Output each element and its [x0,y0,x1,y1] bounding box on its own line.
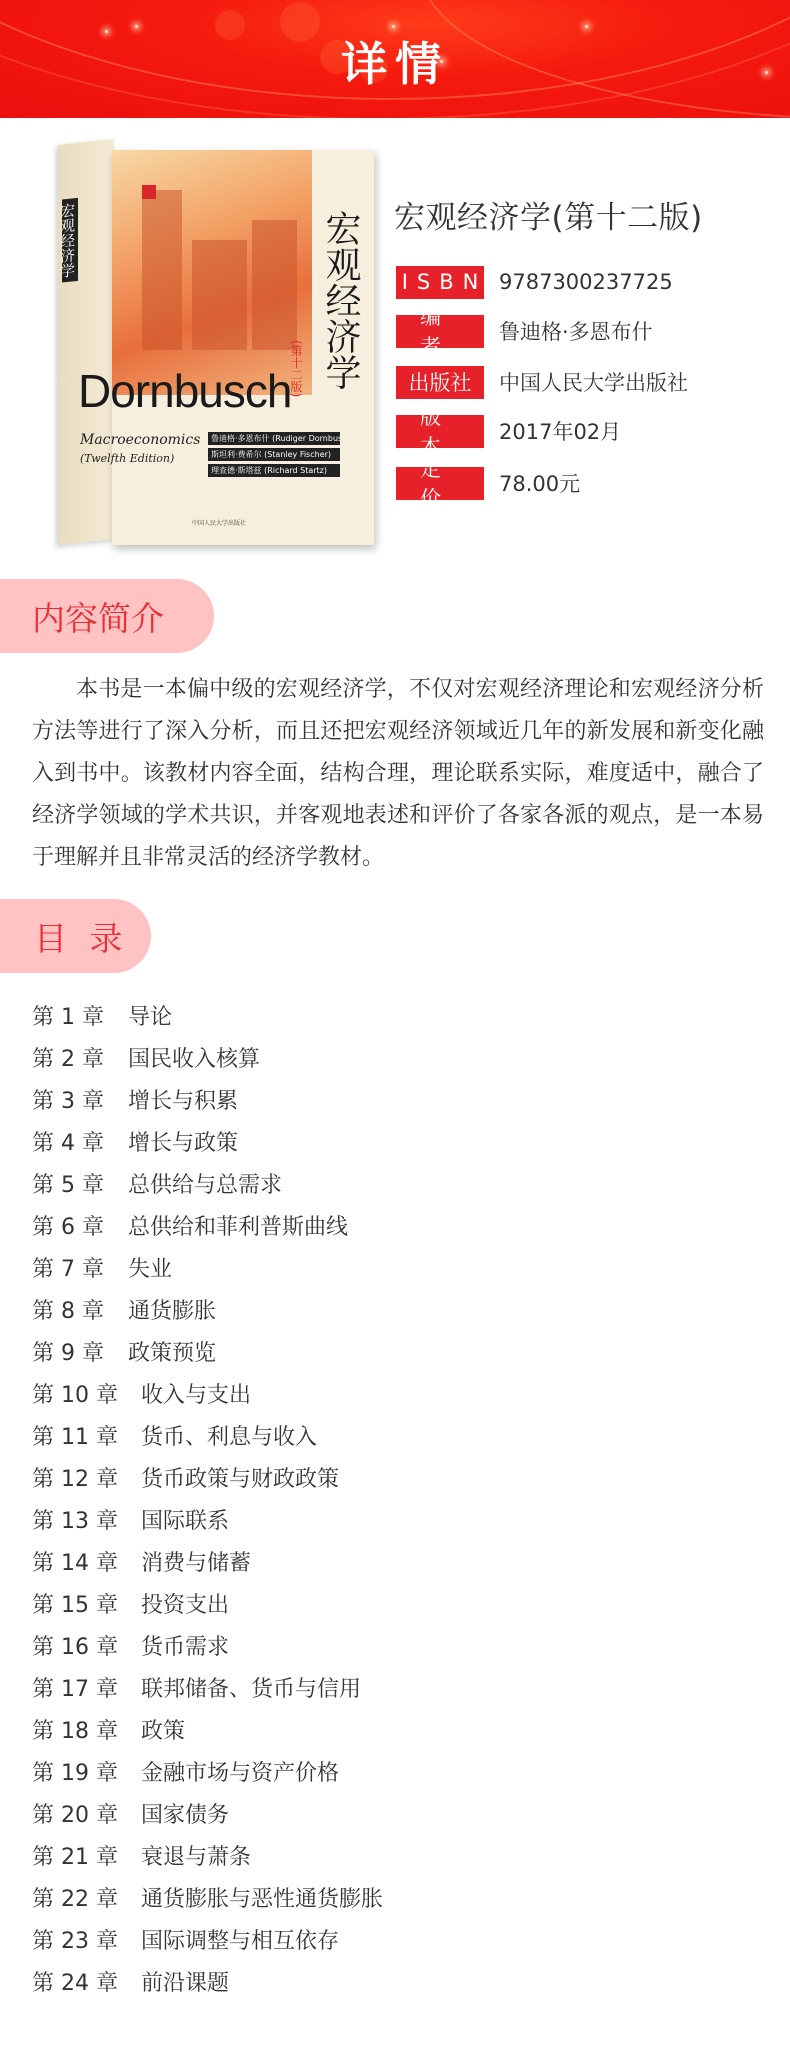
toc-item: 第 11 章货币、利息与收入 [32,1414,383,1456]
cover-english-edition: (Twelfth Edition) [80,452,174,465]
toc-item: 第 13 章国际联系 [32,1498,383,1540]
chapter-number: 第 14 章 [32,1546,141,1577]
table-of-contents: 第 1 章导论 第 2 章国民收入核算 第 3 章增长与积累 第 4 章增长与政… [32,994,383,2002]
chapter-number: 第 23 章 [32,1924,141,1955]
price-value: 78.00元 [499,468,580,498]
toc-item: 第 9 章政策预览 [32,1330,383,1372]
chapter-number: 第 1 章 [32,1000,128,1031]
toc-item: 第 21 章衰退与萧条 [32,1834,383,1876]
chapter-number: 第 12 章 [32,1462,141,1493]
chapter-number: 第 18 章 [32,1714,141,1745]
chapter-title: 失业 [128,1252,172,1283]
chapter-number: 第 11 章 [32,1420,141,1451]
chapter-title: 衰退与萧条 [141,1840,251,1871]
price-label: 定价 [396,467,484,500]
toc-item: 第 3 章增长与积累 [32,1078,383,1120]
toc-item: 第 2 章国民收入核算 [32,1036,383,1078]
edition-value: 2017年02月 [499,416,621,446]
cover-author: 鲁迪格·多恩布什 (Rudiger Dornbusch) [208,432,340,445]
chapter-title: 金融市场与资产价格 [141,1756,339,1787]
chapter-title: 总供给和菲利普斯曲线 [128,1210,348,1241]
isbn-value: 9787300237725 [499,270,673,294]
editor-label: 编者 [396,315,484,348]
chapter-number: 第 22 章 [32,1882,141,1913]
info-row-publisher: 出版社 中国人民大学出版社 [396,365,688,399]
chapter-number: 第 10 章 [32,1378,141,1409]
chapter-title: 收入与支出 [141,1378,251,1409]
chapter-number: 第 4 章 [32,1126,128,1157]
chapter-title: 政策预览 [128,1336,216,1367]
chapter-title: 通货膨胀与恶性通货膨胀 [141,1882,383,1913]
intro-heading: 内容简介 [32,593,164,640]
toc-item: 第 5 章总供给与总需求 [32,1162,383,1204]
toc-item: 第 15 章投资支出 [32,1582,383,1624]
book-spine: 宏观经济学 [58,139,114,545]
chapter-title: 增长与积累 [128,1084,238,1115]
cover-english-title: Macroeconomics [80,432,200,448]
cover-author: 斯坦利·费希尔 (Stanley Fischer) [208,448,340,461]
info-row-editor: 编者 鲁迪格·多恩布什 [396,314,653,348]
chapter-title: 国家债务 [141,1798,229,1829]
cover-title: 宏观经济学 [320,210,360,390]
chapter-title: 货币政策与财政政策 [141,1462,339,1493]
publisher-value: 中国人民大学出版社 [499,367,688,397]
chapter-title: 总供给与总需求 [128,1168,282,1199]
toc-item: 第 18 章政策 [32,1708,383,1750]
chapter-number: 第 20 章 [32,1798,141,1829]
toc-item: 第 20 章国家债务 [32,1792,383,1834]
toc-item: 第 6 章总供给和菲利普斯曲线 [32,1204,383,1246]
chapter-title: 国际联系 [141,1504,229,1535]
publisher-label: 出版社 [396,366,484,399]
chapter-number: 第 21 章 [32,1840,141,1871]
cover-publisher: 中国人民大学出版社 [192,518,246,527]
toc-item: 第 23 章国际调整与相互依存 [32,1918,383,1960]
toc-heading: 目 录 [34,913,129,960]
toc-item: 第 19 章金融市场与资产价格 [32,1750,383,1792]
chapter-title: 政策 [141,1714,185,1745]
chapter-title: 消费与储蓄 [141,1546,251,1577]
toc-item: 第 7 章失业 [32,1246,383,1288]
toc-item: 第 16 章货币需求 [32,1624,383,1666]
edition-label: 版本 [396,415,484,448]
section-header-intro: 内容简介 [0,579,214,653]
book-cover-image: 宏观经济学 宏观经济学 (第十二版) 鲁迪格·多恩布什 (Rudiger Dor… [18,132,358,550]
chapter-title: 国民收入核算 [128,1042,260,1073]
intro-text: 本书是一本偏中级的宏观经济学，不仅对宏观经济理论和宏观经济分析方法等进行了深入分… [32,669,764,879]
chapter-title: 增长与政策 [128,1126,238,1157]
toc-item: 第 24 章前沿课题 [32,1960,383,2002]
toc-item: 第 14 章消费与储蓄 [32,1540,383,1582]
page-title: 详情 [0,28,790,94]
toc-item: 第 22 章通货膨胀与恶性通货膨胀 [32,1876,383,1918]
info-row-isbn: ISBN 9787300237725 [396,265,673,299]
toc-item: 第 4 章增长与政策 [32,1120,383,1162]
chapter-title: 导论 [128,1000,172,1031]
publisher-logo-icon [142,185,156,199]
chapter-number: 第 13 章 [32,1504,141,1535]
chapter-number: 第 24 章 [32,1966,141,1997]
header-banner: 详情 [0,0,790,118]
toc-item: 第 12 章货币政策与财政政策 [32,1456,383,1498]
cover-author-brand: Dornbusch [78,364,291,418]
cover-authors: 鲁迪格·多恩布什 (Rudiger Dornbusch) 斯坦利·费希尔 (St… [208,432,340,480]
chapter-title: 投资支出 [141,1588,229,1619]
chapter-number: 第 8 章 [32,1294,128,1325]
chapter-number: 第 7 章 [32,1252,128,1283]
chapter-number: 第 16 章 [32,1630,141,1661]
chapter-title: 通货膨胀 [128,1294,216,1325]
chapter-title: 前沿课题 [141,1966,229,1997]
chapter-number: 第 9 章 [32,1336,128,1367]
chapter-title: 联邦储备、货币与信用 [141,1672,361,1703]
chapter-number: 第 2 章 [32,1042,128,1073]
chapter-number: 第 17 章 [32,1672,141,1703]
chapter-number: 第 15 章 [32,1588,141,1619]
spine-title: 宏观经济学 [62,198,78,283]
isbn-label: ISBN [396,266,484,299]
toc-item: 第 17 章联邦储备、货币与信用 [32,1666,383,1708]
chapter-number: 第 3 章 [32,1084,128,1115]
chapter-title: 国际调整与相互依存 [141,1924,339,1955]
info-row-price: 定价 78.00元 [396,466,580,500]
book-title: 宏观经济学(第十二版) [394,192,703,237]
toc-item: 第 10 章收入与支出 [32,1372,383,1414]
chapter-number: 第 19 章 [32,1756,141,1787]
editor-value: 鲁迪格·多恩布什 [499,316,653,346]
toc-item: 第 8 章通货膨胀 [32,1288,383,1330]
section-header-toc: 目 录 [0,899,151,973]
chapter-number: 第 5 章 [32,1168,128,1199]
info-row-edition: 版本 2017年02月 [396,414,621,448]
chapter-title: 货币、利息与收入 [141,1420,317,1451]
book-front-cover: 宏观经济学 (第十二版) 鲁迪格·多恩布什 (Rudiger Dornbusch… [112,150,374,545]
chapter-title: 货币需求 [141,1630,229,1661]
chapter-number: 第 6 章 [32,1210,128,1241]
toc-item: 第 1 章导论 [32,994,383,1036]
cover-author: 理查德·斯塔兹 (Richard Startz) [208,464,340,477]
